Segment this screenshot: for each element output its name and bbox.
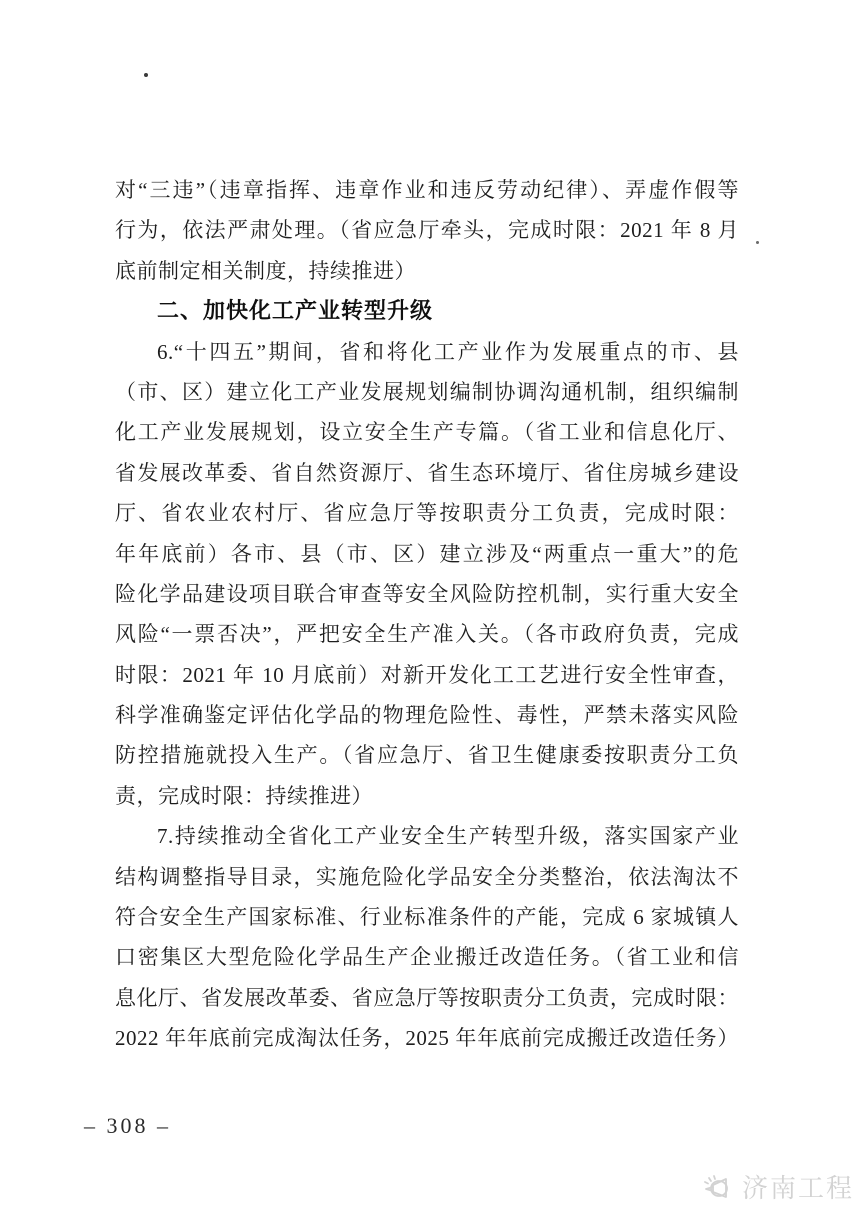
text-line: 责，完成时限：持续推进） (115, 776, 739, 816)
text-line: 时限：2021 年 10 月底前）对新开发化工工艺进行安全性审查， (115, 655, 739, 695)
text-line: 6.“十四五”期间，省和将化工产业作为发展重点的市、县 (115, 332, 739, 372)
text-line: 厅、省农业农村厅、省应急厅等按职责分工负责，完成时限：2021 (115, 493, 739, 533)
text-line: 行为，依法严肃处理。（省应急厅牵头，完成时限：2021 年 8 月 (115, 210, 739, 250)
text-line: 科学准确鉴定评估化学品的物理危险性、毒性，严禁未落实风险 (115, 695, 739, 735)
text-line: 口密集区大型危险化学品生产企业搬迁改造任务。（省工业和信 (115, 937, 739, 977)
text-line: 化工产业发展规划，设立安全生产专篇。（省工业和信息化厅、 (115, 412, 739, 452)
text-line: 底前制定相关制度，持续推进） (115, 251, 739, 291)
text-line: （市、区）建立化工产业发展规划编制协调沟通机制，组织编制 (115, 372, 739, 412)
document-page: 对“三违”（违章指挥、违章作业和违反劳动纪律）、弄虚作假等行为，依法严肃处理。（… (0, 0, 856, 1225)
text-line: 符合安全生产国家标准、行业标准条件的产能，完成 6 家城镇人 (115, 897, 739, 937)
text-line: 息化厅、省发展改革委、省应急厅等按职责分工负责，完成时限： (115, 978, 739, 1018)
watermark-label: 济南工程 (742, 1168, 854, 1205)
text-line: 省发展改革委、省自然资源厅、省生态环境厅、省住房城乡建设 (115, 453, 739, 493)
document-text-block: 对“三违”（违章指挥、违章作业和违反劳动纪律）、弄虚作假等行为，依法严肃处理。（… (115, 170, 739, 1059)
scan-speck (144, 73, 148, 77)
page-number: – 308 – (84, 1113, 171, 1139)
text-line: 结构调整指导目录，实施危险化学品安全分类整治，依法淘汰不 (115, 857, 739, 897)
text-line: 防控措施就投入生产。（省应急厅、省卫生健康委按职责分工负 (115, 735, 739, 775)
text-line: 风险“一票否决”，严把安全生产准入关。（各市政府负责，完成 (115, 614, 739, 654)
section-heading: 二、加快化工产业转型升级 (115, 291, 739, 331)
text-line: 7.持续推动全省化工产业安全生产转型升级，落实国家产业 (115, 816, 739, 856)
scan-speck (756, 241, 759, 244)
text-line: 2022 年年底前完成淘汰任务，2025 年年底前完成搬迁改造任务） (115, 1018, 739, 1058)
text-line: 年年底前）各市、县（市、区）建立涉及“两重点一重大”的危 (115, 534, 739, 574)
text-line: 对“三违”（违章指挥、违章作业和违反劳动纪律）、弄虚作假等 (115, 170, 739, 210)
text-line: 险化学品建设项目联合审查等安全风险防控机制，实行重大安全 (115, 574, 739, 614)
megaphone-icon (700, 1169, 736, 1205)
watermark: 济南工程 (700, 1168, 854, 1205)
